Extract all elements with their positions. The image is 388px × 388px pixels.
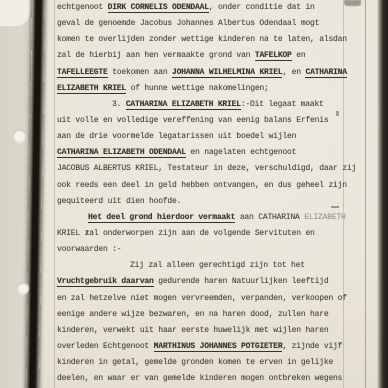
text-segment: aan de drie voormelde legatarissen uit b… <box>57 132 296 141</box>
text-segment: en <box>292 51 306 60</box>
text-segment: , en <box>282 68 305 77</box>
fold-crease-line <box>54 0 55 388</box>
text-line: komen te overlijden zonder wettige kinde… <box>57 32 382 48</box>
underlined-name-text: TAFELKOP <box>255 51 292 61</box>
document-text: echtgenoot DIRK CORNELIS ODENDAAL, onder… <box>57 0 382 387</box>
underlined-name-text: CATHARINA ELIZABETH KRIEL <box>126 100 241 110</box>
underlined-name-text: CATHARINA ELIZABETH ODENDAAL <box>57 148 186 158</box>
text-segment: kinderen, verwekt uit haar eerste huweli… <box>57 326 328 335</box>
text-segment: komen te overlijden zonder wettige kinde… <box>57 35 347 44</box>
text-line: zal de hierbij aan hen vermaakte grond v… <box>57 48 382 64</box>
text-segment: voorwaarden :- <box>57 245 121 254</box>
underlined-name-text: Het deel grond hierdoor vermaakt <box>88 213 235 223</box>
underlined-name-text: Vruchtgebruik daarvan <box>57 277 154 287</box>
underlined-name-text: ELIZABETH KRIEL <box>57 84 126 94</box>
text-line: Vruchtgebruik daarvan gedurende haren Na… <box>57 274 382 290</box>
underlined-name-text: CATHARINA <box>305 68 346 78</box>
text-line: uit volle en volledige vereffening van e… <box>57 113 382 129</box>
text-segment: gequiteerd uit dien hoofde. <box>57 197 181 206</box>
text-line: gequiteerd uit dien hoofde. <box>57 194 382 210</box>
text-line: JACOBUS ALBERTUS KRIEL, Testateur in dez… <box>57 161 382 177</box>
text-line: ELIZABETH KRIEL of hunne wettige nakomel… <box>57 81 382 97</box>
text-segment: of hunne wettige nakomelingen; <box>126 84 269 93</box>
underlined-name-text: TAFELLEEGTE <box>57 68 108 78</box>
text-line: kinderen in getal, gemelde gronden komen… <box>57 355 382 371</box>
text-segment: KRIEL zal onderworpen zijn aan de volgen… <box>57 229 315 238</box>
text-line: Het deel grond hierdoor vermaakt aan CAT… <box>57 210 382 226</box>
scanned-document-page: echtgenoot DIRK CORNELIS ODENDAAL, onder… <box>0 0 388 388</box>
text-line: deelen, en waar er van gemelde kinderen … <box>57 371 382 387</box>
punch-hole <box>13 129 26 142</box>
left-corner-highlight <box>0 0 30 26</box>
text-segment: ook reeds een deel in geld hebben ontvan… <box>57 181 347 190</box>
underlined-name-text: DIRK CORNELIS ODENDAAL <box>108 3 209 13</box>
text-segment: , zijnde vijf <box>282 342 342 351</box>
text-line: aan de drie voormelde legatarissen uit b… <box>57 129 382 145</box>
text-line: 3. CATHARINA ELIZABETH KRIEL:-Dit legaat… <box>57 97 382 113</box>
text-segment: deelen, en waar er van gemelde kinderen … <box>57 374 342 383</box>
text-segment: geval de genoemde Jacobus Johannes Alber… <box>57 19 319 28</box>
text-segment: :-Dit legaat maakt <box>241 100 324 109</box>
text-segment: 3. <box>112 100 126 109</box>
text-line: TAFELLEEGTE toekomen aan JOHANNA WILHELM… <box>57 65 382 81</box>
text-segment: JACOBUS ALBERTUS KRIEL, Testateur in dez… <box>57 164 356 173</box>
text-segment: gedurende haren Natuurlijken leeftijd <box>154 277 329 286</box>
text-line: overleden Echtgenoot MARTHINUS JOHANNES … <box>57 339 382 355</box>
text-line: echtgenoot DIRK CORNELIS ODENDAAL, onder… <box>57 0 382 16</box>
text-line: kinderen, verwekt uit haar eerste huweli… <box>57 323 382 339</box>
text-line: voorwaarden :- <box>57 242 382 258</box>
text-segment: en nagelaten echtgenoot <box>186 148 296 157</box>
text-line: Zij zal alleen gerechtigd zijn tot het <box>57 258 382 274</box>
text-segment: zal de hierbij aan hen vermaakte grond v… <box>57 51 255 60</box>
text-segment: echtgenoot <box>57 3 108 12</box>
text-line: ook reeds een deel in geld hebben ontvan… <box>57 178 382 194</box>
text-segment: , onder conditie dat in <box>209 3 315 12</box>
text-segment: toekomen aan <box>108 68 172 77</box>
text-segment: aan CATHARINA <box>235 213 304 222</box>
punch-hole <box>17 282 29 294</box>
text-segment: kinderen in getal, gemelde gronden komen… <box>57 358 333 367</box>
text-segment: eenige andere wijze bezwaren, en na hare… <box>57 310 328 319</box>
text-line: CATHARINA ELIZABETH ODENDAAL en nagelate… <box>57 145 382 161</box>
text-segment: uit volle en volledige vereffening van e… <box>57 116 328 125</box>
underlined-name-text: MARTHINUS JOHANNES POTGIETER <box>154 342 283 352</box>
text-segment: en zal hetzelve niet mogen vervreemden, … <box>57 294 347 303</box>
text-segment: ELIZABETH <box>304 213 345 222</box>
underlined-name-text: JOHANNA WILHELMINA KRIEL <box>172 68 282 78</box>
text-segment: Zij zal alleen gerechtigd zijn tot het <box>130 261 305 270</box>
text-segment: overleden Echtgenoot <box>57 342 154 351</box>
text-line: KRIEL zal onderworpen zijn aan de volgen… <box>57 226 382 242</box>
text-line: eenige andere wijze bezwaren, en na hare… <box>57 307 382 323</box>
text-line: geval de genoemde Jacobus Johannes Alber… <box>57 16 382 32</box>
text-line: en zal hetzelve niet mogen vervreemden, … <box>57 291 382 307</box>
